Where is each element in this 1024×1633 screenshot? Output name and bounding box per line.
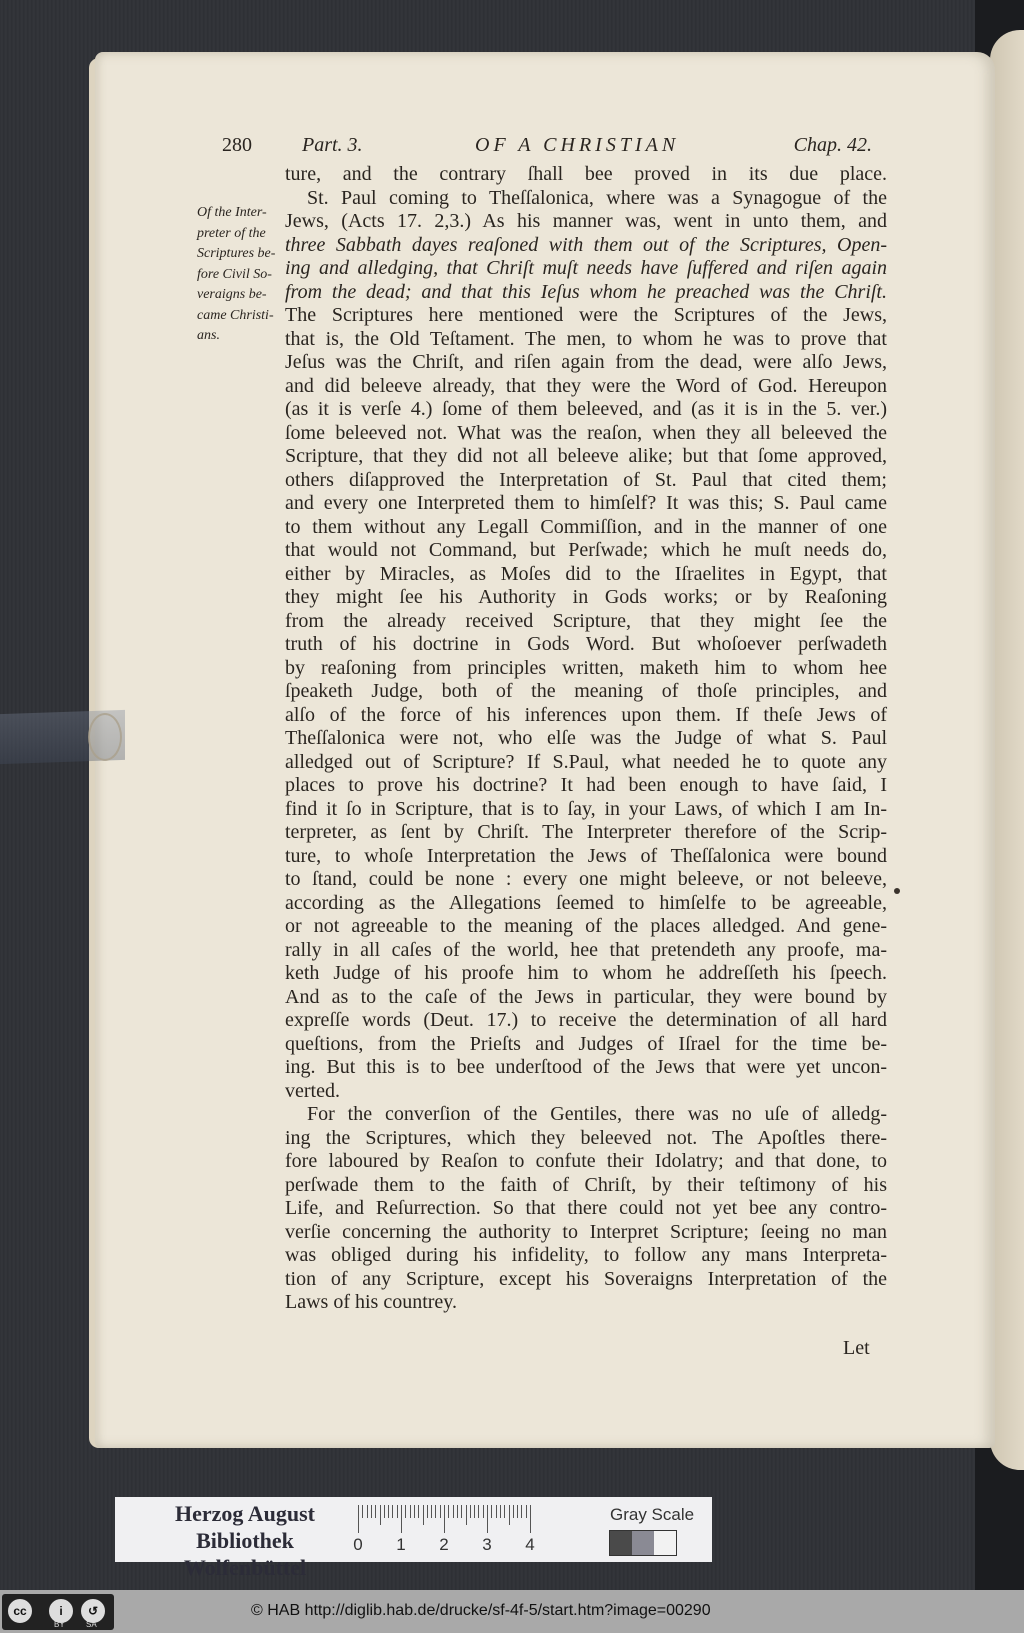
text-line: St. Paul coming to Theſſalonica, where w… (285, 187, 887, 211)
text-line: rally in all caſes of the world, hee tha… (285, 939, 887, 963)
text-line: places to prove his doctrine? It had bee… (285, 774, 887, 798)
ruler-tick (388, 1505, 389, 1518)
ruler-tick (397, 1505, 398, 1518)
ruler-tick (448, 1505, 449, 1518)
text-line: they might ſee his Authority in Gods wor… (285, 586, 887, 610)
ink-spot (894, 888, 900, 894)
by-label: BY (54, 1620, 65, 1629)
text-line: Scripture, that they did not all beleeve… (285, 445, 887, 469)
text-line: alſo of the force of his inferences upon… (285, 704, 887, 728)
ruler-tick (504, 1505, 505, 1518)
footer-bar: cc i ↺ BY SA © HAB http://diglib.hab.de/… (0, 1590, 1024, 1633)
ruler-label: 0 (353, 1535, 362, 1555)
text-line: queſtions, from the Prieſts and Judges o… (285, 1033, 887, 1057)
text-line: perſwade them to the faith of Chriſt, by… (285, 1174, 887, 1198)
text-line: Life, and Reſurrection. So that there co… (285, 1197, 887, 1221)
ruler-tick (496, 1505, 497, 1518)
text-line: (as it is verſe 4.) ſome of them beleeve… (285, 398, 887, 422)
ruler-tick (509, 1505, 510, 1525)
ruler-tick (380, 1505, 381, 1525)
text-line: or not agreeable to the meaning of the p… (285, 915, 887, 939)
ruler-tick (478, 1505, 479, 1518)
text-line: ing. But this is to bee underſtood of th… (285, 1056, 887, 1080)
text-line: according as the Allegations ſeemed to h… (285, 892, 887, 916)
ruler-tick (423, 1505, 424, 1525)
ruler-tick (392, 1505, 393, 1518)
text-line: truth of his doctrine in Gods Word. But … (285, 633, 887, 657)
ruler-label: 1 (396, 1535, 405, 1555)
color-scale-card: Herzog August Bibliothek Wolfenbüttel 01… (115, 1497, 712, 1562)
text-line: tion of any Scripture, except his Sovera… (285, 1268, 887, 1292)
sa-label: SA (86, 1620, 97, 1629)
text-line: and every one Interpreted them to himſel… (285, 492, 887, 516)
margin-note-line: Of the Inter- (197, 203, 289, 224)
page-holder-ring (88, 713, 122, 761)
margin-note-line: ans. (197, 326, 289, 347)
text-line: Laws of his countrey. (285, 1291, 887, 1315)
ruler-label: 4 (525, 1535, 534, 1555)
text-line: Jeſus was the Chriſt, and riſen again fr… (285, 351, 887, 375)
catchword: Let (843, 1337, 870, 1360)
ruler-tick (440, 1505, 441, 1518)
ruler-tick (362, 1505, 363, 1518)
text-line: The Scriptures here mentioned were the S… (285, 304, 887, 328)
body-text: ture, and the contrary ſhall bee proved … (285, 163, 887, 1315)
ruler-tick (444, 1505, 445, 1533)
text-line: ſome beleeved not. What was the reaſon, … (285, 422, 887, 446)
ruler-tick (487, 1505, 488, 1533)
text-line: Theſſalonica were not, who elſe was the … (285, 727, 887, 751)
margin-note-line: veraigns be- (197, 285, 289, 306)
ruler-tick (517, 1505, 518, 1518)
text-line: ing and alledging, that Chriſt muſt need… (285, 257, 887, 281)
ruler-tick (461, 1505, 462, 1518)
text-line: And as to the caſe of the Jews in partic… (285, 986, 887, 1010)
ruler-tick (401, 1505, 402, 1533)
part-label: Part. 3. (302, 134, 363, 157)
text-line: to ſtand, could be none : every one migh… (285, 868, 887, 892)
ruler-tick (453, 1505, 454, 1518)
ruler-tick (418, 1505, 419, 1518)
ruler-tick (375, 1505, 376, 1518)
ruler-tick (431, 1505, 432, 1518)
ruler-tick (521, 1505, 522, 1518)
library-name: Herzog August Bibliothek Wolfenbüttel (130, 1500, 360, 1581)
text-line: ſpeaketh Judge, both of the meaning of t… (285, 680, 887, 704)
ruler-tick (410, 1505, 411, 1518)
ruler-tick (367, 1505, 368, 1518)
text-line: from the already received Scripture, tha… (285, 610, 887, 634)
margin-note-line: fore Civil So- (197, 265, 289, 286)
text-line: and did beleeve already, that they were … (285, 375, 887, 399)
text-line: Jews, (Acts 17. 2,3.) As his manner was,… (285, 210, 887, 234)
ruler-tick (483, 1505, 484, 1518)
library-name-line1: Herzog August Bibliothek (130, 1500, 360, 1554)
gray-swatch (610, 1531, 632, 1555)
ruler-tick (470, 1505, 471, 1518)
text-line: to them without any Legall Commiſſion, a… (285, 516, 887, 540)
text-line: fore laboured by Reaſon to confute their… (285, 1150, 887, 1174)
ruler-tick (513, 1505, 514, 1518)
gray-scale-swatches (609, 1530, 677, 1556)
text-line: verſie concerning the authority to Inter… (285, 1221, 887, 1245)
text-line: For the converſion of the Gentiles, ther… (285, 1103, 887, 1127)
ruler-label: 3 (482, 1535, 491, 1555)
text-line: terpreter, as ſent by Chriſt. The Interp… (285, 821, 887, 845)
measurement-ruler: 01234 (358, 1505, 538, 1555)
text-line: by reaſoning from principles written, ma… (285, 657, 887, 681)
ruler-tick (427, 1505, 428, 1518)
text-line: that is, the Old Teſtament. The men, to … (285, 328, 887, 352)
ruler-tick (414, 1505, 415, 1518)
ruler-tick (384, 1505, 385, 1518)
cc-icon: cc (6, 1597, 34, 1625)
text-line: ture, to whoſe Interpretation the Jews o… (285, 845, 887, 869)
running-header: 280 Part. 3. OF A CHRISTIAN Chap. 42. (222, 134, 872, 160)
ruler-tick (358, 1505, 359, 1533)
margin-note-line: came Christi- (197, 306, 289, 327)
text-line: expreſſe words (Deut. 17.) to receive th… (285, 1009, 887, 1033)
credit-link[interactable]: © HAB http://diglib.hab.de/drucke/sf-4f-… (251, 1602, 711, 1620)
ruler-tick (530, 1505, 531, 1533)
ruler-tick (526, 1505, 527, 1518)
ruler-tick (435, 1505, 436, 1518)
text-line: either by Miracles, as Moſes did to the … (285, 563, 887, 587)
text-line: alledged out of Scripture? If S.Paul, wh… (285, 751, 887, 775)
text-line: three Sabbath dayes reaſoned with them o… (285, 234, 887, 258)
chapter-label: Chap. 42. (794, 134, 872, 157)
margin-note-line: Scriptures be- (197, 244, 289, 265)
ruler-tick (491, 1505, 492, 1518)
running-title: OF A CHRISTIAN (475, 134, 679, 157)
text-line: verted. (285, 1080, 887, 1104)
ruler-label: 2 (439, 1535, 448, 1555)
gray-swatch (632, 1531, 654, 1555)
text-line: ture, and the contrary ſhall bee proved … (285, 163, 887, 187)
gray-swatch (654, 1531, 676, 1555)
ruler-tick (457, 1505, 458, 1518)
text-line: keth Judge of his proofe him to whom he … (285, 962, 887, 986)
text-line: ing the Scriptures, which they beleeved … (285, 1127, 887, 1151)
ruler-tick (405, 1505, 406, 1518)
facing-page-edge (990, 30, 1024, 1470)
ruler-tick (474, 1505, 475, 1518)
text-line: others diſapproved the Interpretation of… (285, 469, 887, 493)
text-line: from the dead; and that this Ieſus whom … (285, 281, 887, 305)
ruler-tick (500, 1505, 501, 1518)
library-name-line2: Wolfenbüttel (130, 1554, 360, 1581)
gray-scale-label: Gray Scale (610, 1505, 694, 1525)
ruler-tick (371, 1505, 372, 1518)
page-number: 280 (222, 134, 252, 157)
margin-note-line: preter of the (197, 224, 289, 245)
text-line: find it ſo in Scripture, that is to ſay,… (285, 798, 887, 822)
cc-license-badge[interactable]: cc i ↺ BY SA (2, 1594, 114, 1630)
margin-note: Of the Inter-preter of theScriptures be-… (197, 203, 289, 347)
text-line: was obliged during his infidelity, to fo… (285, 1244, 887, 1268)
text-line: that would not Command, but Perſwade; wh… (285, 539, 887, 563)
ruler-tick (466, 1505, 467, 1525)
